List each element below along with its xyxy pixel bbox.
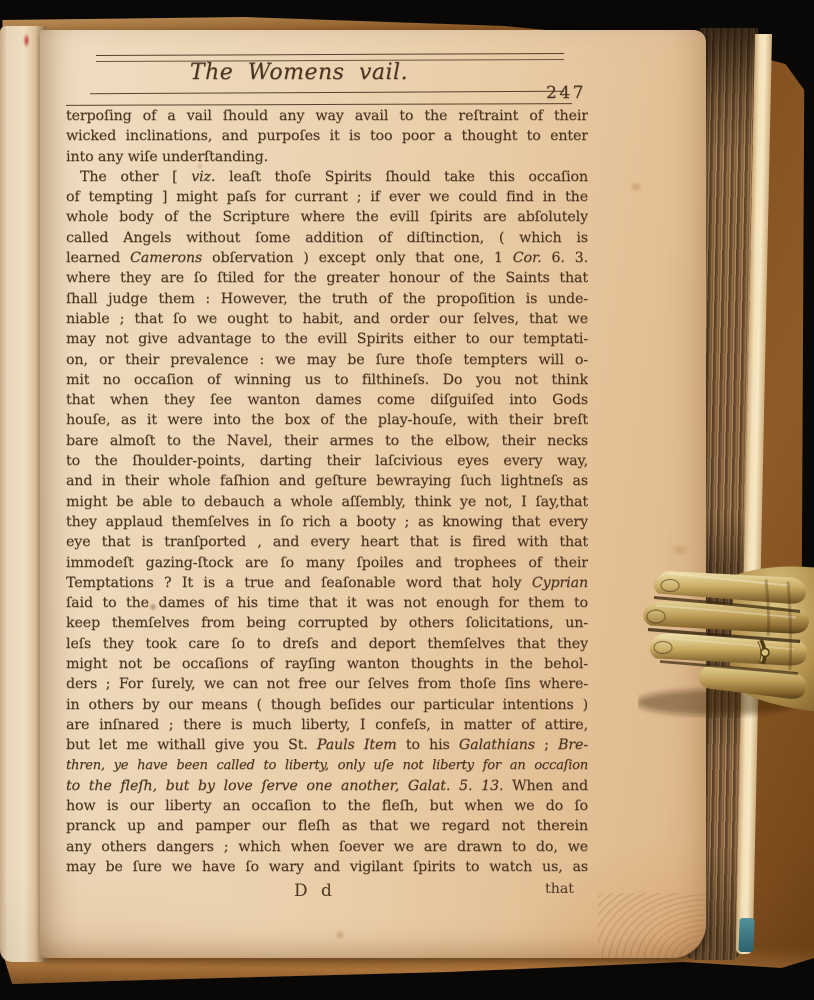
text-line: any others dangers ; which when ſoever w… bbox=[66, 839, 588, 859]
text-line: ſaid to the dames of his time that it wa… bbox=[66, 595, 588, 615]
bookmark-ribbon bbox=[738, 918, 754, 952]
text-line: mit no occaſion of winning us to filthin… bbox=[66, 372, 588, 392]
text-line: might be able to debauch a whole aſſembl… bbox=[66, 494, 588, 514]
header-rule-bottom bbox=[66, 103, 572, 106]
catchword: that bbox=[545, 881, 574, 897]
text-line: called Angels without ſome addition of d… bbox=[66, 230, 588, 250]
signature-mark: D d bbox=[294, 881, 336, 901]
text-line: terpoſing of a vail ſhould any way avail… bbox=[66, 108, 588, 128]
text-line: but let me withall give you St. Pauls It… bbox=[66, 737, 588, 757]
text-line: to the ſhoulder-points, darting their la… bbox=[66, 453, 588, 473]
text-line: ſhall judge them : However, the truth of… bbox=[66, 291, 588, 311]
text-line: pranck up and pamper our fleſh as that w… bbox=[66, 818, 588, 838]
ring-stone bbox=[761, 649, 769, 657]
text-line: keep themſelves from being corrupted by … bbox=[66, 615, 588, 635]
fingernail bbox=[654, 642, 672, 654]
text-line: on, or their prevalence : we may be ſure… bbox=[66, 352, 588, 372]
text-line: and in their whole faſhion and geſture b… bbox=[66, 473, 588, 493]
photo-background: { "page": { "running_header": "The Women… bbox=[0, 0, 814, 1000]
page-number: 247 bbox=[546, 83, 586, 103]
text-line: The other [ viz. leaſt thoſe Spirits ſho… bbox=[66, 169, 588, 189]
text-line: might not be occaſions of rayſing wanton… bbox=[66, 656, 588, 676]
page-edge-red-stain bbox=[23, 33, 30, 48]
text-line: wicked inclinations, and purpoſes it is … bbox=[66, 128, 588, 148]
text-line: may be ſure we have ſo wary and vigilant… bbox=[66, 859, 588, 879]
running-header: The Womens vail. bbox=[66, 60, 588, 85]
page-corner-curl bbox=[598, 893, 708, 961]
text-line: in others by our means ( though beſides … bbox=[66, 697, 588, 717]
text-line: eye that is tranſported , and every hear… bbox=[66, 534, 588, 554]
text-line: may not give advantage to the evill Spir… bbox=[66, 331, 588, 351]
text-line: ders ; For ſurely, we can not free our ſ… bbox=[66, 676, 588, 696]
text-line: niable ; that ſo we ought to habit, and … bbox=[66, 311, 588, 331]
text-line: are inſnared ; there is much liberty, I … bbox=[66, 717, 588, 737]
text-line: where they are ſo ſtiled for the greater… bbox=[66, 270, 588, 290]
book-page: The Womens vail. 247 terpoſing of a vail… bbox=[40, 30, 706, 958]
text-line: bare almoſt to the Navel, their armes to… bbox=[66, 433, 588, 453]
text-line: into any wiſe underſtanding. bbox=[66, 149, 588, 169]
header-rule-middle bbox=[90, 91, 564, 94]
text-line: thren, ye have been called to liberty, o… bbox=[66, 758, 588, 778]
text-line: immodeſt gazing-ſtock are ſo many ſpoile… bbox=[66, 555, 588, 575]
text-line: how is our liberty an occaſion to the fl… bbox=[66, 798, 588, 818]
signature-row: D d that bbox=[66, 881, 588, 901]
text-line: that when they ſee wanton dames come diſ… bbox=[66, 392, 588, 412]
text-line: learned Camerons obſervation ) except on… bbox=[66, 250, 588, 270]
text-line: whole body of the Scripture where the ev… bbox=[66, 209, 588, 229]
brass-hand bbox=[638, 560, 814, 718]
body-lines: terpoſing of a vail ſhould any way avail… bbox=[66, 108, 588, 879]
brass-hand-graphic bbox=[638, 560, 814, 718]
text-line: leſs they took care ſo to dreſs and depo… bbox=[66, 636, 588, 656]
fingernail bbox=[647, 610, 665, 623]
text-line: of tempting ] might paſs for currant ; i… bbox=[66, 189, 588, 209]
text-line: to the fleſh, but by love ſerve one anot… bbox=[66, 778, 588, 798]
text-line: they applaud themſelves in ſo rich a boo… bbox=[66, 514, 588, 534]
book-photo: The Womens vail. 247 terpoſing of a vail… bbox=[0, 0, 814, 1000]
text-line: houſe, as it were into the box of the pl… bbox=[66, 412, 588, 432]
text-line: Temptations ? It is a true and ſeaſonabl… bbox=[66, 575, 588, 595]
fingernail bbox=[661, 580, 679, 592]
